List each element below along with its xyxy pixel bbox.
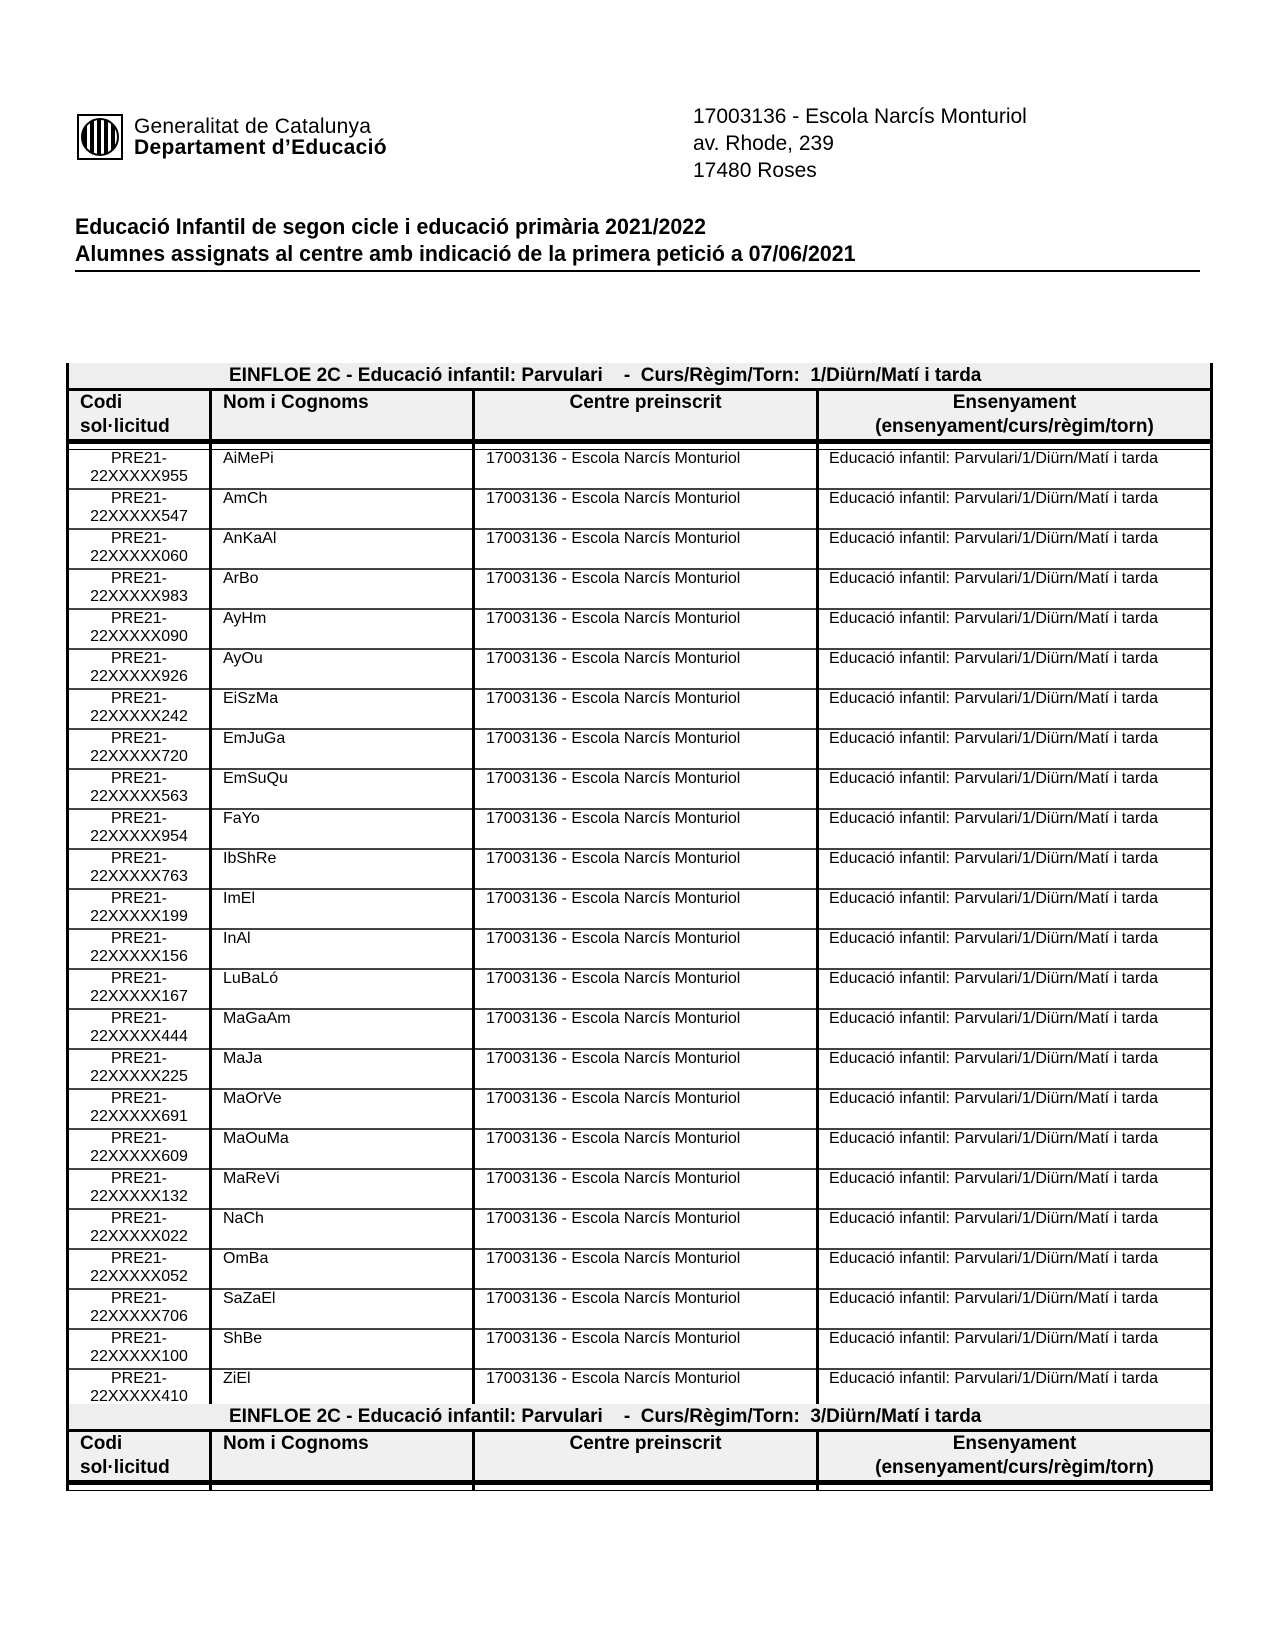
col-name: Nom i Cognoms	[211, 390, 474, 442]
request-code: PRE21-22XXXXX691	[68, 1089, 211, 1129]
preregistered-centre: 17003136 - Escola Narcís Monturiol	[474, 1249, 818, 1289]
preregistered-centre: 17003136 - Escola Narcís Monturiol	[474, 569, 818, 609]
school-name: 17003136 - Escola Narcís Monturiol	[693, 103, 1027, 130]
request-code: PRE21-22XXXXX167	[68, 969, 211, 1009]
preregistered-centre: 17003136 - Escola Narcís Monturiol	[474, 1049, 818, 1089]
header-spacer	[68, 442, 1212, 450]
student-name: OmBa	[211, 1249, 474, 1289]
preregistered-centre: 17003136 - Escola Narcís Monturiol	[474, 889, 818, 929]
department-logo: Generalitat de Catalunya Departament d’E…	[77, 114, 387, 160]
request-code: PRE21-22XXXXX444	[68, 1009, 211, 1049]
preregistered-centre: 17003136 - Escola Narcís Monturiol	[474, 969, 818, 1009]
preregistered-centre: 17003136 - Escola Narcís Monturiol	[474, 929, 818, 969]
teaching-program: Educació infantil: Parvulari/1/Diürn/Mat…	[818, 569, 1212, 609]
student-name: FaYo	[211, 809, 474, 849]
teaching-program: Educació infantil: Parvulari/1/Diürn/Mat…	[818, 1089, 1212, 1129]
teaching-program: Educació infantil: Parvulari/1/Diürn/Mat…	[818, 649, 1212, 689]
teaching-program: Educació infantil: Parvulari/1/Diürn/Mat…	[818, 450, 1212, 490]
request-code: PRE21-22XXXXX100	[68, 1329, 211, 1369]
table-row: PRE21-22XXXXX444MaGaAm17003136 - Escola …	[68, 1009, 1212, 1049]
teaching-program: Educació infantil: Parvulari/1/Diürn/Mat…	[818, 1249, 1212, 1289]
logo-line-2: Departament d’Educació	[134, 137, 387, 158]
teaching-program: Educació infantil: Parvulari/1/Diürn/Mat…	[818, 929, 1212, 969]
preregistered-centre: 17003136 - Escola Narcís Monturiol	[474, 849, 818, 889]
table-row: PRE21-22XXXXX720EmJuGa17003136 - Escola …	[68, 729, 1212, 769]
request-code: PRE21-22XXXXX547	[68, 489, 211, 529]
preregistered-centre: 17003136 - Escola Narcís Monturiol	[474, 1009, 818, 1049]
col-ens: Ensenyament(ensenyament/curs/règim/torn)	[818, 1431, 1212, 1483]
table-row: PRE21-22XXXXX954FaYo17003136 - Escola Na…	[68, 809, 1212, 849]
table-row: PRE21-22XXXXX052OmBa17003136 - Escola Na…	[68, 1249, 1212, 1289]
col-code: Codisol·licitud	[68, 1431, 211, 1483]
preregistered-centre: 17003136 - Escola Narcís Monturiol	[474, 769, 818, 809]
teaching-program: Educació infantil: Parvulari/1/Diürn/Mat…	[818, 969, 1212, 1009]
preregistered-centre: 17003136 - Escola Narcís Monturiol	[474, 1129, 818, 1169]
preregistered-centre: 17003136 - Escola Narcís Monturiol	[474, 689, 818, 729]
students-table-course-3: EINFLOE 2C - Educació infantil: Parvular…	[66, 1404, 1213, 1491]
teaching-program: Educació infantil: Parvulari/1/Diürn/Mat…	[818, 769, 1212, 809]
student-name: InAl	[211, 929, 474, 969]
table-row: PRE21-22XXXXX199ImEl17003136 - Escola Na…	[68, 889, 1212, 929]
header-spacer	[68, 1483, 1212, 1491]
teaching-program: Educació infantil: Parvulari/1/Diürn/Mat…	[818, 1129, 1212, 1169]
request-code: PRE21-22XXXXX052	[68, 1249, 211, 1289]
table-row: PRE21-22XXXXX156InAl17003136 - Escola Na…	[68, 929, 1212, 969]
table-row: PRE21-22XXXXX547AmCh17003136 - Escola Na…	[68, 489, 1212, 529]
table-row: PRE21-22XXXXX763IbShRe17003136 - Escola …	[68, 849, 1212, 889]
teaching-program: Educació infantil: Parvulari/1/Diürn/Mat…	[818, 529, 1212, 569]
table-row: PRE21-22XXXXX609MaOuMa17003136 - Escola …	[68, 1129, 1212, 1169]
school-city: 17480 Roses	[693, 157, 1027, 184]
request-code: PRE21-22XXXXX022	[68, 1209, 211, 1249]
student-name: AmCh	[211, 489, 474, 529]
col-name: Nom i Cognoms	[211, 1431, 474, 1483]
teaching-program: Educació infantil: Parvulari/1/Diürn/Mat…	[818, 889, 1212, 929]
table-row: PRE21-22XXXXX926AyOu17003136 - Escola Na…	[68, 649, 1212, 689]
request-code: PRE21-22XXXXX983	[68, 569, 211, 609]
teaching-program: Educació infantil: Parvulari/1/Diürn/Mat…	[818, 1329, 1212, 1369]
student-name: MaGaAm	[211, 1009, 474, 1049]
title-line-2: Alumnes assignats al centre amb indicaci…	[75, 240, 1166, 267]
column-headers: Codisol·licitud Nom i Cognoms Centre pre…	[68, 390, 1212, 442]
request-code: PRE21-22XXXXX242	[68, 689, 211, 729]
school-street: av. Rhode, 239	[693, 130, 1027, 157]
teaching-program: Educació infantil: Parvulari/1/Diürn/Mat…	[818, 1289, 1212, 1329]
student-name: MaOrVe	[211, 1089, 474, 1129]
column-headers: Codisol·licitud Nom i Cognoms Centre pre…	[68, 1431, 1212, 1483]
teaching-program: Educació infantil: Parvulari/1/Diürn/Mat…	[818, 489, 1212, 529]
group-heading: EINFLOE 2C - Educació infantil: Parvular…	[68, 1404, 1212, 1431]
student-name: MaReVi	[211, 1169, 474, 1209]
preregistered-centre: 17003136 - Escola Narcís Monturiol	[474, 450, 818, 490]
preregistered-centre: 17003136 - Escola Narcís Monturiol	[474, 489, 818, 529]
table-row: PRE21-22XXXXX100ShBe17003136 - Escola Na…	[68, 1329, 1212, 1369]
request-code: PRE21-22XXXXX225	[68, 1049, 211, 1089]
col-code: Codisol·licitud	[68, 390, 211, 442]
preregistered-centre: 17003136 - Escola Narcís Monturiol	[474, 1209, 818, 1249]
student-name: AnKaAl	[211, 529, 474, 569]
teaching-program: Educació infantil: Parvulari/1/Diürn/Mat…	[818, 849, 1212, 889]
table-row: PRE21-22XXXXX983ArBo17003136 - Escola Na…	[68, 569, 1212, 609]
teaching-program: Educació infantil: Parvulari/1/Diürn/Mat…	[818, 689, 1212, 729]
table-row: PRE21-22XXXXX225MaJa17003136 - Escola Na…	[68, 1049, 1212, 1089]
teaching-program: Educació infantil: Parvulari/1/Diürn/Mat…	[818, 1169, 1212, 1209]
table-row: PRE21-22XXXXX090AyHm17003136 - Escola Na…	[68, 609, 1212, 649]
preregistered-centre: 17003136 - Escola Narcís Monturiol	[474, 649, 818, 689]
request-code: PRE21-22XXXXX609	[68, 1129, 211, 1169]
preregistered-centre: 17003136 - Escola Narcís Monturiol	[474, 1289, 818, 1329]
preregistered-centre: 17003136 - Escola Narcís Monturiol	[474, 809, 818, 849]
student-name: AyOu	[211, 649, 474, 689]
preregistered-centre: 17003136 - Escola Narcís Monturiol	[474, 529, 818, 569]
table-row: PRE21-22XXXXX167LuBaLó17003136 - Escola …	[68, 969, 1212, 1009]
request-code: PRE21-22XXXXX199	[68, 889, 211, 929]
student-name: LuBaLó	[211, 969, 474, 1009]
preregistered-centre: 17003136 - Escola Narcís Monturiol	[474, 1089, 818, 1129]
table-row: PRE21-22XXXXX955AiMePi17003136 - Escola …	[68, 450, 1212, 490]
table-row: PRE21-22XXXXX132MaReVi17003136 - Escola …	[68, 1169, 1212, 1209]
title-line-1: Educació Infantil de segon cicle i educa…	[75, 213, 1166, 240]
col-centre: Centre preinscrit	[474, 1431, 818, 1483]
table-row: PRE21-22XXXXX691MaOrVe17003136 - Escola …	[68, 1089, 1212, 1129]
table-row: PRE21-22XXXXX706SaZaEl17003136 - Escola …	[68, 1289, 1212, 1329]
request-code: PRE21-22XXXXX706	[68, 1289, 211, 1329]
col-centre: Centre preinscrit	[474, 390, 818, 442]
request-code: PRE21-22XXXXX720	[68, 729, 211, 769]
table-row: PRE21-22XXXXX022NaCh17003136 - Escola Na…	[68, 1209, 1212, 1249]
students-table-course-1: EINFLOE 2C - Educació infantil: Parvular…	[66, 363, 1213, 1411]
table-row: PRE21-22XXXXX563EmSuQu17003136 - Escola …	[68, 769, 1212, 809]
document-title: Educació Infantil de segon cicle i educa…	[75, 213, 1200, 272]
logo-line-1: Generalitat de Catalunya	[134, 116, 387, 137]
student-name: ImEl	[211, 889, 474, 929]
student-name: ArBo	[211, 569, 474, 609]
teaching-program: Educació infantil: Parvulari/1/Diürn/Mat…	[818, 729, 1212, 769]
preregistered-centre: 17003136 - Escola Narcís Monturiol	[474, 1169, 818, 1209]
teaching-program: Educació infantil: Parvulari/1/Diürn/Mat…	[818, 1009, 1212, 1049]
preregistered-centre: 17003136 - Escola Narcís Monturiol	[474, 729, 818, 769]
request-code: PRE21-22XXXXX156	[68, 929, 211, 969]
student-name: MaOuMa	[211, 1129, 474, 1169]
student-name: IbShRe	[211, 849, 474, 889]
teaching-program: Educació infantil: Parvulari/1/Diürn/Mat…	[818, 1209, 1212, 1249]
student-name: ShBe	[211, 1329, 474, 1369]
student-name: MaJa	[211, 1049, 474, 1089]
student-name: EiSzMa	[211, 689, 474, 729]
student-name: EmJuGa	[211, 729, 474, 769]
student-name: AiMePi	[211, 450, 474, 490]
request-code: PRE21-22XXXXX563	[68, 769, 211, 809]
request-code: PRE21-22XXXXX090	[68, 609, 211, 649]
request-code: PRE21-22XXXXX955	[68, 450, 211, 490]
teaching-program: Educació infantil: Parvulari/1/Diürn/Mat…	[818, 609, 1212, 649]
request-code: PRE21-22XXXXX954	[68, 809, 211, 849]
table-row: PRE21-22XXXXX060AnKaAl17003136 - Escola …	[68, 529, 1212, 569]
student-name: SaZaEl	[211, 1289, 474, 1329]
student-name: AyHm	[211, 609, 474, 649]
student-name: NaCh	[211, 1209, 474, 1249]
student-name: EmSuQu	[211, 769, 474, 809]
teaching-program: Educació infantil: Parvulari/1/Diürn/Mat…	[818, 809, 1212, 849]
school-address: 17003136 - Escola Narcís Monturiol av. R…	[693, 103, 1027, 184]
generalitat-shield-icon	[77, 114, 123, 160]
request-code: PRE21-22XXXXX926	[68, 649, 211, 689]
request-code: PRE21-22XXXXX132	[68, 1169, 211, 1209]
col-ens: Ensenyament(ensenyament/curs/règim/torn)	[818, 390, 1212, 442]
request-code: PRE21-22XXXXX763	[68, 849, 211, 889]
preregistered-centre: 17003136 - Escola Narcís Monturiol	[474, 609, 818, 649]
table-row: PRE21-22XXXXX242EiSzMa17003136 - Escola …	[68, 689, 1212, 729]
group-heading: EINFLOE 2C - Educació infantil: Parvular…	[68, 363, 1212, 390]
teaching-program: Educació infantil: Parvulari/1/Diürn/Mat…	[818, 1049, 1212, 1089]
request-code: PRE21-22XXXXX060	[68, 529, 211, 569]
preregistered-centre: 17003136 - Escola Narcís Monturiol	[474, 1329, 818, 1369]
